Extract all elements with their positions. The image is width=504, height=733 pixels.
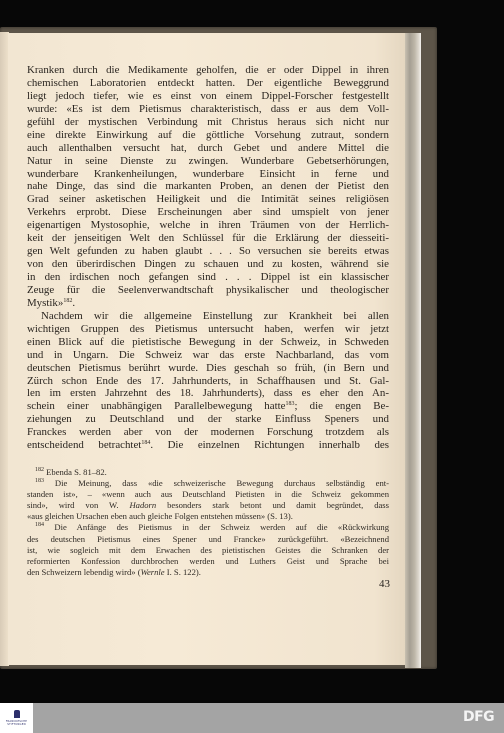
- text-line: wichtigen Gruppen des Pietismus untersuc…: [27, 323, 389, 336]
- text-line: Grad seiner asketischen Heiligkeit und d…: [27, 193, 389, 206]
- text-line: gen Welt gefunden zu haben glaubt . . . …: [27, 245, 389, 258]
- page-number: 43: [363, 578, 390, 590]
- footnote-line: «aus gleichen Ursachen eben auch gleiche…: [27, 511, 389, 522]
- text-line: chemischen Laboratorien entdeckt hatten.…: [27, 77, 389, 90]
- viewer-footer-bar: [0, 703, 504, 733]
- text-line: Nachdem wir die allgemeine Einstellung z…: [27, 310, 389, 323]
- footnote-ref-184[interactable]: 184: [141, 440, 150, 446]
- text-line: von den überirdischen Dingen zu schauen …: [27, 258, 389, 271]
- text-line: Verkehrs erprobt. Diese Erscheinungen ab…: [27, 206, 389, 219]
- footnote-184: 184 Die Anfänge des Pietismus in der Sch…: [27, 522, 389, 533]
- text-line: schein einer unabhängigen Parallelbewegu…: [27, 400, 389, 413]
- text-line: ziehungen zu Deutschland und der starke …: [27, 413, 389, 426]
- text-line: Zeuge für die Seelenverwandtschaft physi…: [27, 284, 389, 297]
- text-line: wunderbare Krankenheilungen, wunderbare …: [27, 168, 389, 181]
- dfg-logo[interactable]: DFG: [463, 709, 494, 725]
- footnote-ref-182[interactable]: 182: [63, 298, 72, 304]
- text-line: einen Blick auf die pietistische Bewegun…: [27, 336, 389, 349]
- logo-caption: FRANCKESCHE STIFTUNGEN: [0, 720, 33, 726]
- text-line: eigenartigen Mystosophie, welche in ihre…: [27, 219, 389, 232]
- page-stack-edge: [405, 33, 421, 668]
- text-line: entscheidend betrachtet184. Die einzelne…: [27, 439, 389, 452]
- main-text: Kranken durch die Medikamente geholfen, …: [27, 64, 389, 452]
- text-line: Kranken durch die Medikamente geholfen, …: [27, 64, 389, 77]
- text-line: und in Ungarn. Die Schweiz war das erste…: [27, 349, 389, 362]
- text-line: nahe Dinge, das sind die markanten Probe…: [27, 180, 389, 193]
- text-line: keit der jenseitigen Welt den Schlüssel …: [27, 232, 389, 245]
- text-line: Mystik»182.: [27, 297, 389, 310]
- footnote-183: 183 Die Meinung, dass «die schweizerisch…: [27, 478, 389, 489]
- text-line: Franckes werden aber von der modernen Fo…: [27, 426, 389, 439]
- footnote-line: reformierten Konfession durchbrochen wer…: [27, 556, 389, 567]
- scanned-book-image: Kranken durch die Medikamente geholfen, …: [0, 0, 504, 700]
- text-line: len im ersten Jahrzehnt des 18. Jahrhund…: [27, 387, 389, 400]
- footnote-line: den Schweizern lebendig wird» (Wernle I.…: [27, 567, 389, 578]
- footnote-line: standen ist», – «wenn auch aus Deutschla…: [27, 489, 389, 500]
- footnote-line: sind», wird von W. Hadorn besonders star…: [27, 500, 389, 511]
- text-line: wurde: «Es ist dem Pietismus charakteris…: [27, 103, 389, 116]
- text-line: in den irdischen noch gefangen sind . . …: [27, 271, 389, 284]
- institution-emblem-icon: [14, 710, 20, 718]
- text-line: gefühl der mystischen Verbindung mit Chr…: [27, 116, 389, 129]
- text-line: Zürch schon Ende des 17. Jahrhunderts, i…: [27, 375, 389, 388]
- franckesche-stiftungen-logo[interactable]: FRANCKESCHE STIFTUNGEN: [0, 703, 33, 733]
- text-line: liegt jedoch tiefer, wie es einst von ei…: [27, 90, 389, 103]
- footnote-182: 182 Ebenda S. 81–82.: [27, 467, 389, 478]
- text-line: eine direkte Einwirkung auf die göttlich…: [27, 129, 389, 142]
- footnote-line: ist, wie sogleich mit dem Erwachen des p…: [27, 545, 389, 556]
- footnotes: 182 Ebenda S. 81–82. 183 Die Meinung, da…: [27, 467, 389, 578]
- text-line: deutschen Pietismus berührt wurde. Dies …: [27, 362, 389, 375]
- footnote-line: des deutschen Pietismus eines Spener und…: [27, 534, 389, 545]
- text-line: auch allenthalben versucht hat, durch Ge…: [27, 142, 389, 155]
- text-line: Natur in seine Dienste zu zwingen. Wunde…: [27, 155, 389, 168]
